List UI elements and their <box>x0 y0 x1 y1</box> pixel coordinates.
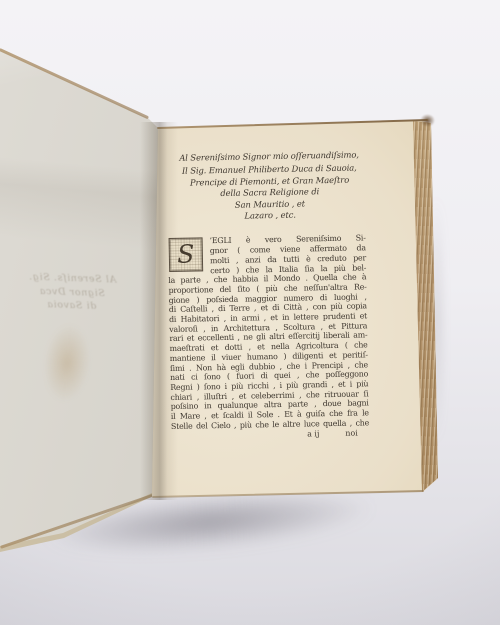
drop-cap-initial: S <box>169 238 204 273</box>
dedication-header: Al Sereniſsimo Signor mio oſſeruandiſsim… <box>166 149 373 223</box>
printed-text-block: Al Sereniſsimo Signor mio oſſeruandiſsim… <box>166 149 377 441</box>
drop-cap-letter: S <box>177 241 195 266</box>
show-through-ghost-text: Al Sereniſs. Sig.Signor Dvcadi Savoia <box>5 270 138 315</box>
body-text: S ’EGLI è vero Sereniſsimo Si-gnor ( com… <box>168 234 378 442</box>
dedication-line: Lazaro , etc. <box>167 208 373 223</box>
photo-of-open-book: Al Sereniſs. Sig.Signor Dvcadi Savoia Al… <box>0 0 500 625</box>
catchword: noi <box>345 428 358 438</box>
dedication-line: Al Sereniſsimo Signor mio oſſeruandiſsim… <box>166 149 372 164</box>
page-stain <box>40 322 94 404</box>
signature-mark: a ij <box>307 429 319 439</box>
